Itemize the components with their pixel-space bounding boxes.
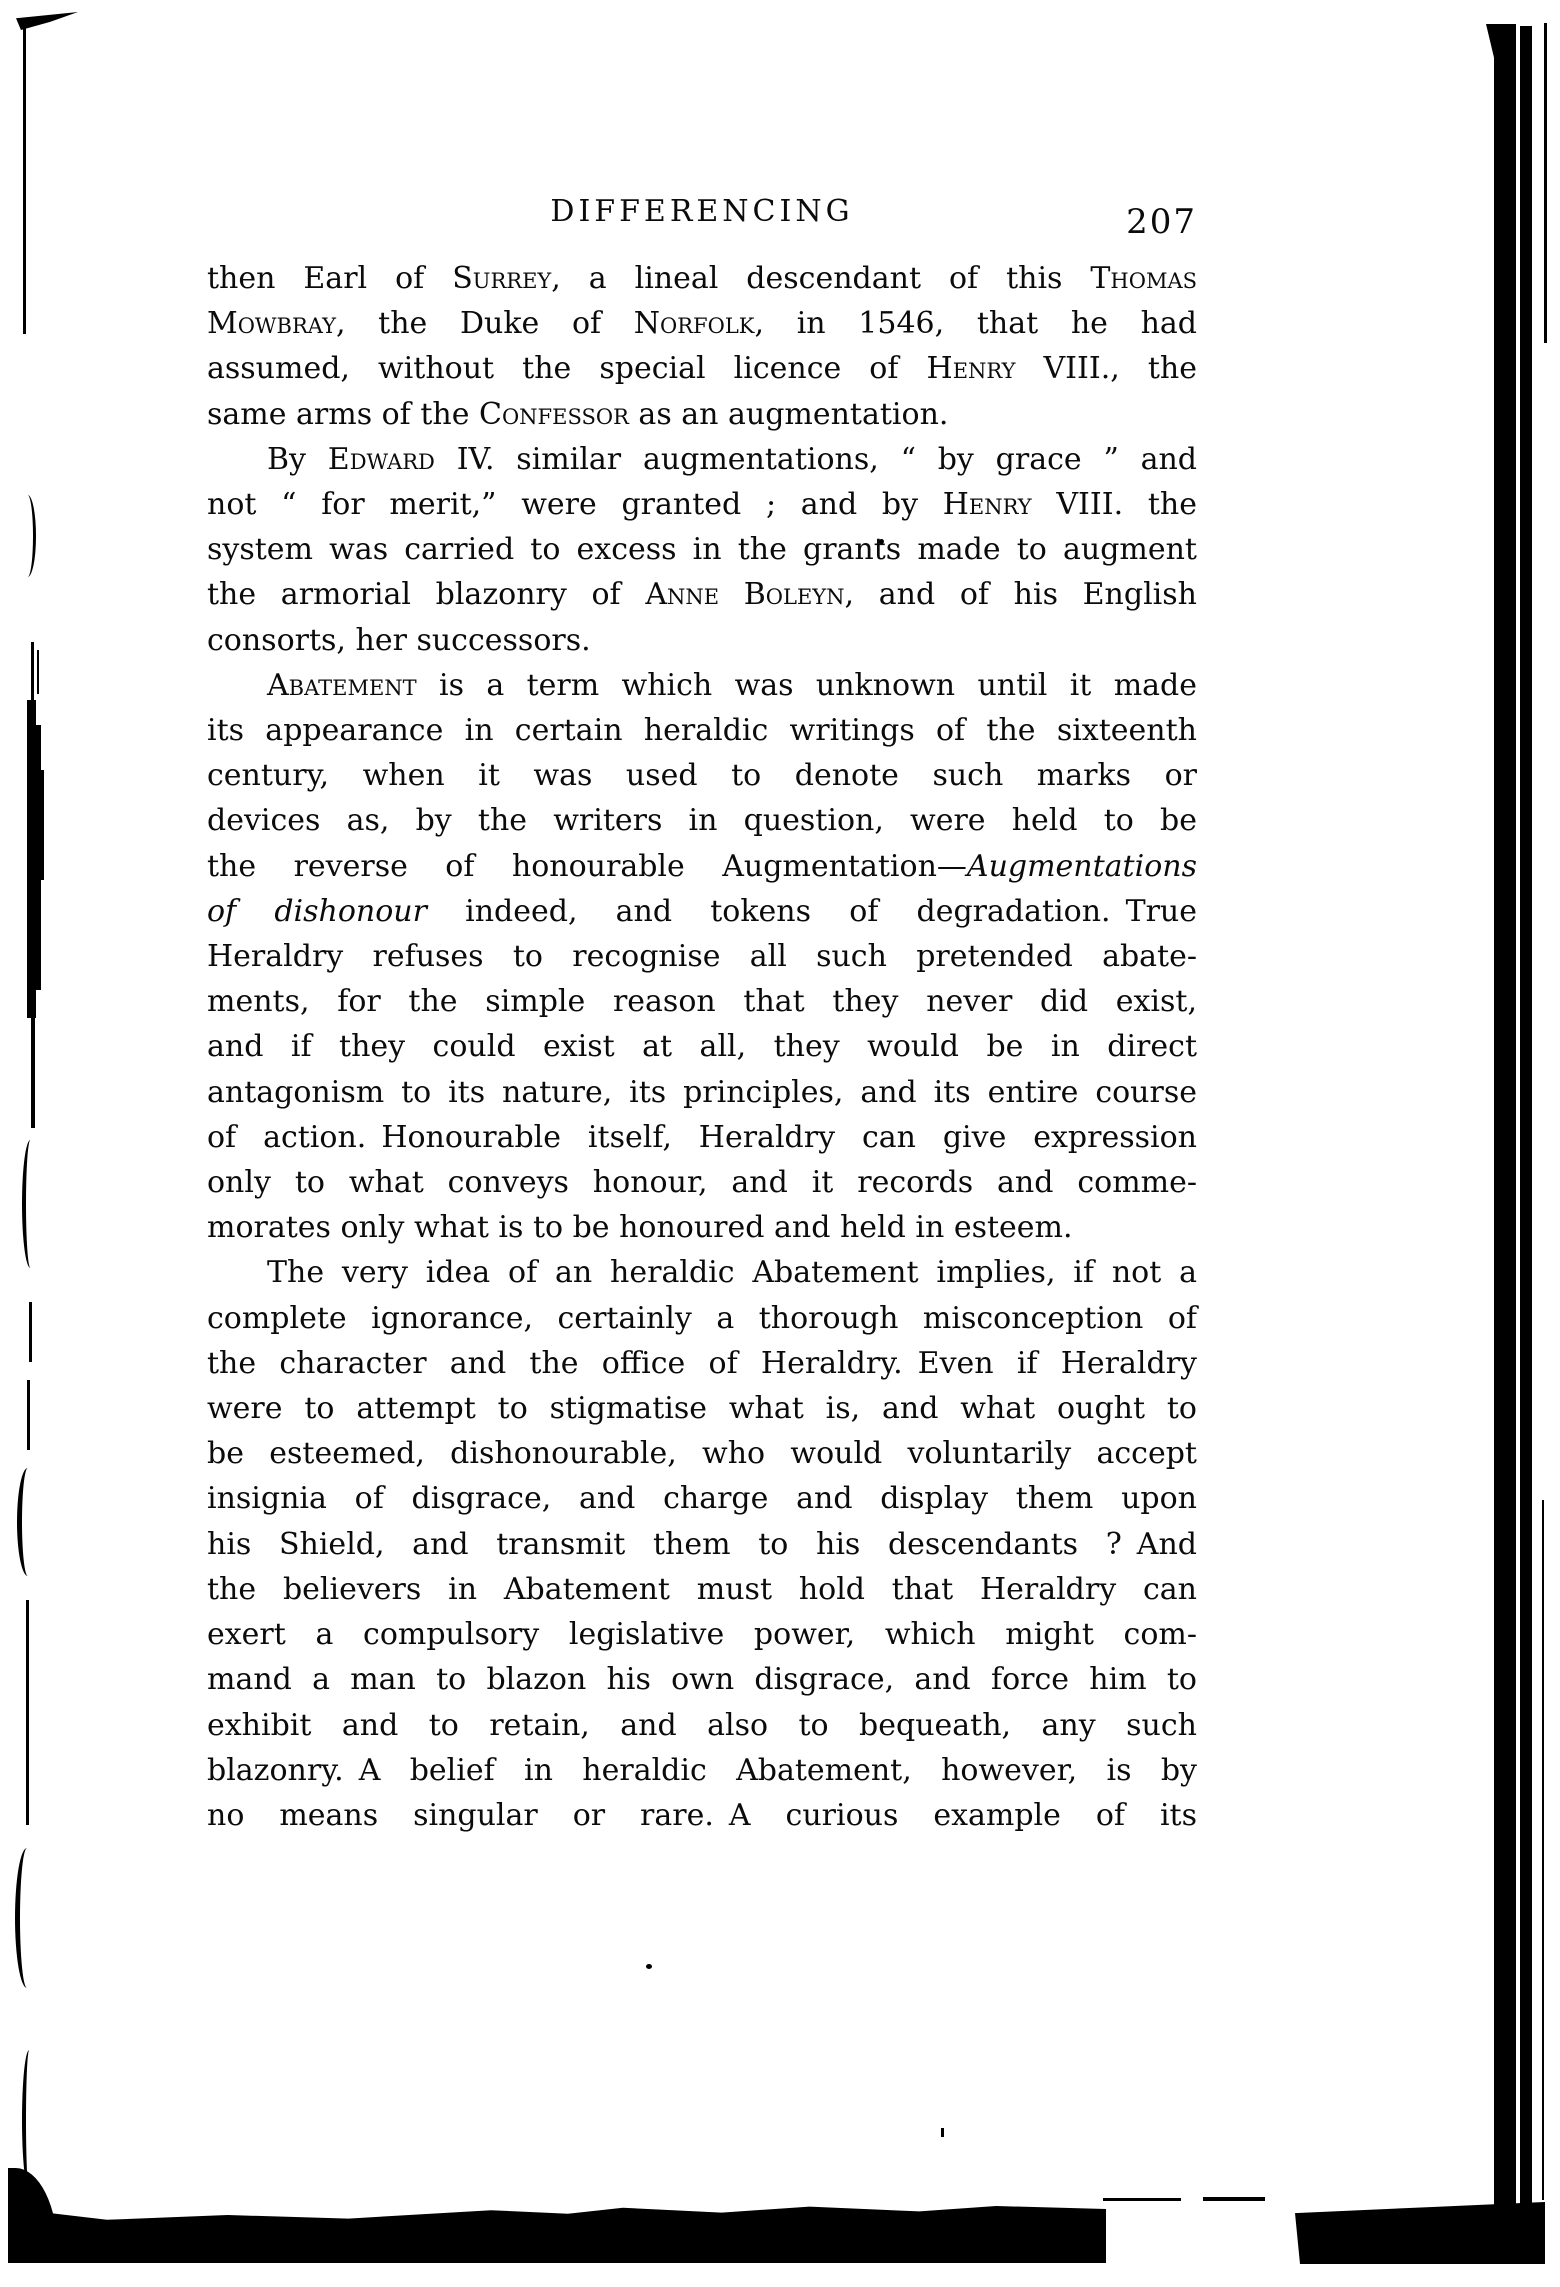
small-caps-text: Confessor (479, 397, 629, 432)
text-line: consorts, her successors. (207, 618, 1197, 663)
text-line: ments, for the simple reason that they n… (207, 979, 1197, 1024)
scan-bar-right-1 (1494, 24, 1516, 2256)
body-text: exhibit and to retain, and also to beque… (207, 1708, 1197, 1743)
scan-curve-left-3 (17, 1468, 35, 1576)
body-text: antagonism to its nature, its principles… (207, 1075, 1197, 1110)
page-number: 207 (1126, 202, 1197, 242)
body-text: morates only what is to be honoured and … (207, 1210, 1073, 1245)
scan-bar-right-4 (1542, 1500, 1544, 2200)
body-text: consorts, her successors. (207, 623, 591, 658)
body-text: IV. similar augmentations, “ by grace ” … (435, 442, 1197, 477)
text-line: no means singular or rare. A curious exa… (207, 1793, 1197, 1838)
scan-tick-1 (941, 2128, 944, 2137)
body-text: its appearance in certain heraldic writi… (207, 713, 1197, 748)
scan-mark-left-1 (31, 642, 34, 700)
body-text: of action. Honourable itself, Heraldry c… (207, 1120, 1197, 1155)
text-line: of action. Honourable itself, Heraldry c… (207, 1115, 1197, 1160)
text-line: were to attempt to stigmatise what is, a… (207, 1386, 1197, 1431)
text-line: mand a man to blazon his own disgrace, a… (207, 1657, 1197, 1702)
small-caps-text: Surrey (452, 261, 551, 296)
scan-curve-left-1 (24, 495, 36, 577)
text-line: morates only what is to be honoured and … (207, 1205, 1197, 1250)
text-line: same arms of the Confessor as an augment… (207, 392, 1197, 437)
scan-line-bottom-1 (1103, 2198, 1181, 2201)
body-text: only to what conveys honour, and it reco… (207, 1165, 1197, 1200)
text-line: system was carried to excess in the gran… (207, 527, 1197, 572)
text-line: of dishonour indeed, and tokens of degra… (207, 889, 1197, 934)
text-line: the reverse of honourable Augmentation—A… (207, 844, 1197, 889)
text-line: the believers in Abatement must hold tha… (207, 1567, 1197, 1612)
scan-block-bottomright (1295, 2202, 1545, 2264)
body-text: century, when it was used to denote such… (207, 758, 1197, 793)
text-block: then Earl of Surrey, a lineal descendant… (207, 256, 1197, 1838)
body-text: , in 1546, that he had (754, 306, 1197, 341)
small-caps-text: Thomas (1090, 261, 1197, 296)
text-line: its appearance in certain heraldic writi… (207, 708, 1197, 753)
body-text: The very idea of an heraldic Abatement i… (267, 1255, 1197, 1290)
body-text: and if they could exist at all, they wou… (207, 1029, 1197, 1064)
scan-line-left-2 (31, 1018, 35, 1128)
book-page: DIFFERENCING 207 then Earl of Surrey, a … (0, 0, 1560, 2287)
body-text: were to attempt to stigmatise what is, a… (207, 1391, 1197, 1426)
scan-mark-left-3 (29, 1302, 32, 1362)
scan-curve-left-2 (22, 1140, 36, 1268)
text-line: exhibit and to retain, and also to beque… (207, 1703, 1197, 1748)
scan-bar-right-3 (1544, 23, 1547, 343)
text-line: By Edward IV. similar augmentations, “ b… (207, 437, 1197, 482)
body-text: VIII. the (1032, 487, 1197, 522)
body-text: the character and the office of Heraldry… (207, 1346, 1197, 1381)
body-text: , and of his English (845, 577, 1197, 612)
body-text: system was carried to excess in the gran… (207, 532, 1197, 567)
italic-text: Augmentations (967, 849, 1197, 884)
scan-line-bottom-2 (1203, 2197, 1265, 2201)
text-line: the character and the office of Heraldry… (207, 1341, 1197, 1386)
body-text: same arms of the (207, 397, 479, 432)
text-line: and if they could exist at all, they wou… (207, 1024, 1197, 1069)
body-text: , the Duke of (336, 306, 634, 341)
body-text: the believers in Abatement must hold tha… (207, 1572, 1197, 1607)
text-line: antagonism to its nature, its principles… (207, 1070, 1197, 1115)
text-line: his Shield, and transmit them to his des… (207, 1522, 1197, 1567)
scan-band-bottom (8, 2203, 1106, 2263)
body-text: assumed, without the special licence of (207, 351, 927, 386)
text-line: then Earl of Surrey, a lineal descendant… (207, 256, 1197, 301)
text-line: exert a compulsory legislative power, wh… (207, 1612, 1197, 1657)
text-line: the armorial blazonry of Anne Boleyn, an… (207, 572, 1197, 617)
body-text: ments, for the simple reason that they n… (207, 984, 1197, 1019)
text-line: The very idea of an heraldic Abatement i… (207, 1250, 1197, 1295)
small-caps-text: Mowbray (207, 306, 336, 341)
body-text: exert a compulsory legislative power, wh… (207, 1617, 1197, 1652)
small-caps-text: Henry (943, 487, 1032, 522)
body-text: By (267, 442, 328, 477)
body-text: be esteemed, dishonourable, who would vo… (207, 1436, 1197, 1471)
scan-line-left-1 (23, 24, 26, 334)
scan-mark-left-2 (37, 650, 39, 694)
text-line: Mowbray, the Duke of Norfolk, in 1546, t… (207, 301, 1197, 346)
body-text: the armorial blazonry of (207, 577, 645, 612)
body-text: VIII., the (1015, 351, 1197, 386)
italic-text: of dishonour (207, 894, 427, 929)
text-line: only to what conveys honour, and it reco… (207, 1160, 1197, 1205)
body-text: mand a man to blazon his own disgrace, a… (207, 1662, 1197, 1697)
text-line: Abatement is a term which was unknown un… (207, 663, 1197, 708)
body-text: , a lineal descendant of this (551, 261, 1090, 296)
scan-bar-right-tip (1486, 24, 1496, 66)
body-text: no means singular or rare. A curious exa… (207, 1798, 1197, 1833)
body-text: blazonry. A belief in heraldic Abatement… (207, 1753, 1197, 1788)
body-text: complete ignorance, certainly a thorough… (207, 1301, 1197, 1336)
text-line: assumed, without the special licence of … (207, 346, 1197, 391)
text-line: century, when it was used to denote such… (207, 753, 1197, 798)
body-text: then Earl of (207, 261, 452, 296)
text-line: complete ignorance, certainly a thorough… (207, 1296, 1197, 1341)
small-caps-text: Abatement (267, 668, 417, 703)
running-head: DIFFERENCING (207, 194, 1197, 229)
body-text: the reverse of honourable Augmentation— (207, 849, 967, 884)
scan-line-left-3 (26, 1600, 29, 1825)
text-line: insignia of disgrace, and charge and dis… (207, 1476, 1197, 1521)
small-caps-text: Norfolk (634, 306, 755, 341)
text-line: Heraldry refuses to recognise all such p… (207, 934, 1197, 979)
text-line: be esteemed, dishonourable, who would vo… (207, 1431, 1197, 1476)
body-text: indeed, and tokens of degradation. True (427, 894, 1197, 929)
small-caps-text: Anne Boleyn (645, 577, 844, 612)
body-text: Heraldry refuses to recognise all such p… (207, 939, 1197, 974)
body-text: his Shield, and transmit them to his des… (207, 1527, 1197, 1562)
body-text: is a term which was unknown until it mad… (417, 668, 1197, 703)
text-line: devices as, by the writers in question, … (207, 798, 1197, 843)
scan-mark-left-4 (27, 1380, 30, 1450)
body-text: not “ for merit,” were granted ; and by (207, 487, 943, 522)
small-caps-text: Edward (328, 442, 435, 477)
scan-dot-2 (646, 1964, 652, 1969)
text-line: not “ for merit,” were granted ; and by … (207, 482, 1197, 527)
scan-bar-left-c (29, 770, 44, 880)
body-text: as an augmentation. (629, 397, 949, 432)
body-text: devices as, by the writers in question, … (207, 803, 1197, 838)
text-line: blazonry. A belief in heraldic Abatement… (207, 1748, 1197, 1793)
small-caps-text: Henry (927, 351, 1016, 386)
body-text: insignia of disgrace, and charge and dis… (207, 1481, 1197, 1516)
scan-bar-right-2 (1520, 26, 1532, 2256)
scan-curve-left-4 (15, 1848, 35, 1988)
scan-dot-1 (879, 539, 884, 544)
